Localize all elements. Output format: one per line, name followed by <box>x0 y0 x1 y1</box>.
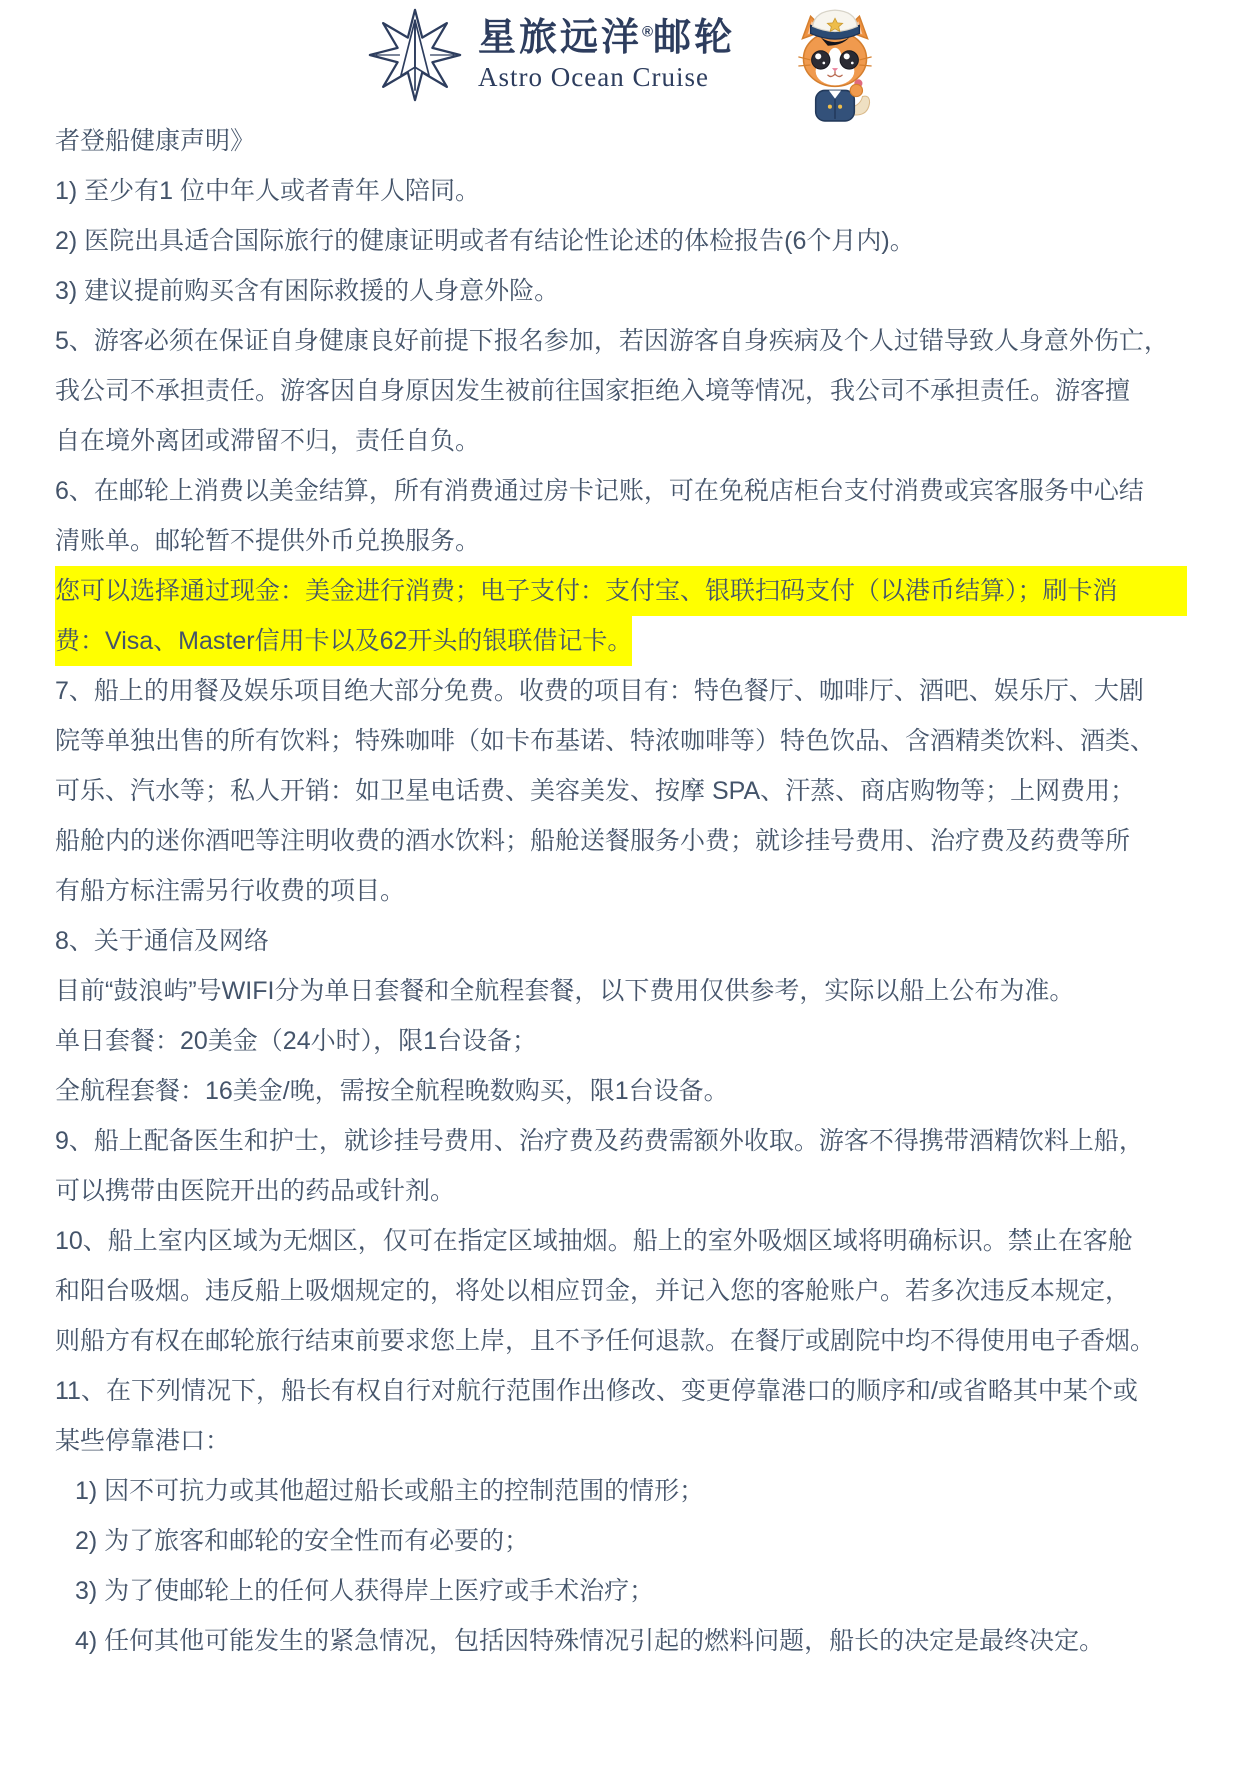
document-body: 者登船健康声明》1) 至少有1 位中年人或者青年人陪同。2) 医院出具适合国际旅… <box>55 116 1187 1666</box>
line-text: 4) 任何其他可能发生的紧急情况，包括因特殊情况引起的燃料问题，船长的决定是最终… <box>75 1627 1104 1655</box>
highlighted-text-line: 费：Visa、Master信用卡以及62开头的银联借记卡。 <box>55 616 1187 666</box>
text-line: 2) 为了旅客和邮轮的安全性而有必要的； <box>55 1516 1187 1566</box>
line-text: 可以携带由医院开出的药品或针剂。 <box>55 1177 455 1205</box>
text-line: 有船方标注需另行收费的项目。 <box>55 866 1187 916</box>
text-line: 可以携带由医院开出的药品或针剂。 <box>55 1166 1187 1216</box>
line-text: 5、游客必须在保证自身健康良好前提下报名参加，若因游客自身疾病及个人过错导致人身… <box>55 327 1169 355</box>
text-line: 3) 为了使邮轮上的任何人获得岸上医疗或手术治疗； <box>55 1566 1187 1616</box>
text-line: 9、船上配备医生和护士，就诊挂号费用、治疗费及药费需额外收取。游客不得携带酒精饮… <box>55 1116 1187 1166</box>
line-text: 和阳台吸烟。违反船上吸烟规定的，将处以相应罚金，并记入您的客舱账户。若多次违反本… <box>55 1277 1130 1305</box>
line-text: 我公司不承担责任。游客因自身原因发生被前往国家拒绝入境等情况，我公司不承担责任。… <box>55 377 1130 405</box>
brand-logo: 星旅远洋®邮轮 Astro Ocean Cruise <box>368 6 735 104</box>
text-line: 5、游客必须在保证自身健康良好前提下报名参加，若因游客自身疾病及个人过错导致人身… <box>55 316 1187 366</box>
line-text: 7、船上的用餐及娱乐项目绝大部分免费。收费的项目有：特色餐厅、咖啡厅、酒吧、娱乐… <box>55 677 1144 705</box>
line-text: 者登船健康声明》 <box>55 127 255 155</box>
line-text: 目前“鼓浪屿”号WIFI分为单日套餐和全航程套餐，以下费用仅供参考，实际以船上公… <box>55 977 1074 1005</box>
logo-chinese-name: 星旅远洋®邮轮 <box>478 17 735 61</box>
logo-english-name: Astro Ocean Cruise <box>478 62 735 93</box>
text-line: 院等单独出售的所有饮料；特殊咖啡（如卡布基诺、特浓咖啡等）特色饮品、含酒精类饮料… <box>55 716 1187 766</box>
line-text: 有船方标注需另行收费的项目。 <box>55 877 405 905</box>
text-line: 可乐、汽水等；私人开销：如卫星电话费、美容美发、按摩 SPA、汗蒸、商店购物等；… <box>55 766 1187 816</box>
line-text: 清账单。邮轮暂不提供外币兑换服务。 <box>55 527 480 555</box>
line-text: 某些停靠港口： <box>55 1427 230 1455</box>
text-line: 清账单。邮轮暂不提供外币兑换服务。 <box>55 516 1187 566</box>
text-line: 目前“鼓浪屿”号WIFI分为单日套餐和全航程套餐，以下费用仅供参考，实际以船上公… <box>55 966 1187 1016</box>
text-line: 单日套餐：20美金（24小时），限1台设备； <box>55 1016 1187 1066</box>
line-text: 6、在邮轮上消费以美金结算，所有消费通过房卡记账，可在免税店柜台支付消费或宾客服… <box>55 477 1144 505</box>
text-line: 自在境外离团或滞留不归，责任自负。 <box>55 416 1187 466</box>
line-text: 船舱内的迷你酒吧等注明收费的酒水饮料；船舱送餐服务小费；就诊挂号费用、治疗费及药… <box>55 827 1130 855</box>
line-text: 单日套餐：20美金（24小时），限1台设备； <box>55 1027 537 1055</box>
line-text: 9、船上配备医生和护士，就诊挂号费用、治疗费及药费需额外收取。游客不得携带酒精饮… <box>55 1127 1144 1155</box>
highlighted-text: 您可以选择通过现金：美金进行消费；电子支付：支付宝、银联扫码支付（以港币结算）；… <box>55 566 1187 616</box>
text-line: 7、船上的用餐及娱乐项目绝大部分免费。收费的项目有：特色餐厅、咖啡厅、酒吧、娱乐… <box>55 666 1187 716</box>
line-text: 3) 建议提前购买含有困际救援的人身意外险。 <box>55 277 559 305</box>
text-line: 者登船健康声明》 <box>55 116 1187 166</box>
text-line: 11、在下列情况下，船长有权自行对航行范围作出修改、变更停靠港口的顺序和/或省略… <box>55 1366 1187 1416</box>
text-line: 和阳台吸烟。违反船上吸烟规定的，将处以相应罚金，并记入您的客舱账户。若多次违反本… <box>55 1266 1187 1316</box>
line-text: 自在境外离团或滞留不归，责任自负。 <box>55 427 480 455</box>
text-line: 6、在邮轮上消费以美金结算，所有消费通过房卡记账，可在免税店柜台支付消费或宾客服… <box>55 466 1187 516</box>
text-line: 1) 至少有1 位中年人或者青年人陪同。 <box>55 166 1187 216</box>
text-line: 10、船上室内区域为无烟区，仅可在指定区域抽烟。船上的室外吸烟区域将明确标识。禁… <box>55 1216 1187 1266</box>
registered-mark: ® <box>642 23 653 40</box>
line-text: 2) 为了旅客和邮轮的安全性而有必要的； <box>75 1527 529 1555</box>
text-line: 2) 医院出具适合国际旅行的健康证明或者有结论性论述的体检报告(6个月内)。 <box>55 216 1187 266</box>
highlighted-text: 费：Visa、Master信用卡以及62开头的银联借记卡。 <box>55 616 632 666</box>
header: 星旅远洋®邮轮 Astro Ocean Cruise <box>0 0 1236 125</box>
line-text: 院等单独出售的所有饮料；特殊咖啡（如卡布基诺、特浓咖啡等）特色饮品、含酒精类饮料… <box>55 727 1155 755</box>
text-line: 8、关于通信及网络 <box>55 916 1187 966</box>
text-line: 4) 任何其他可能发生的紧急情况，包括因特殊情况引起的燃料问题，船长的决定是最终… <box>55 1616 1187 1666</box>
line-text: 11、在下列情况下，船长有权自行对航行范围作出修改、变更停靠港口的顺序和/或省略… <box>55 1377 1138 1405</box>
line-text: 3) 为了使邮轮上的任何人获得岸上医疗或手术治疗； <box>75 1577 654 1605</box>
line-text: 2) 医院出具适合国际旅行的健康证明或者有结论性论述的体检报告(6个月内)。 <box>55 227 915 255</box>
line-text: 8、关于通信及网络 <box>55 927 269 955</box>
line-text: 1) 因不可抗力或其他超过船长或船主的控制范围的情形； <box>75 1477 704 1505</box>
line-text: 全航程套餐：16美金/晚，需按全航程晚数购买，限1台设备。 <box>55 1077 729 1105</box>
line-text: 则船方有权在邮轮旅行结束前要求您上岸，且不予任何退款。在餐厅或剧院中均不得使用电… <box>55 1327 1155 1355</box>
text-line: 3) 建议提前购买含有困际救援的人身意外险。 <box>55 266 1187 316</box>
line-text: 可乐、汽水等；私人开销：如卫星电话费、美容美发、按摩 SPA、汗蒸、商店购物等；… <box>55 777 1135 805</box>
text-line: 1) 因不可抗力或其他超过船长或船主的控制范围的情形； <box>55 1466 1187 1516</box>
line-text: 1) 至少有1 位中年人或者青年人陪同。 <box>55 177 480 205</box>
logo-text: 星旅远洋®邮轮 Astro Ocean Cruise <box>478 17 735 94</box>
text-line: 则船方有权在邮轮旅行结束前要求您上岸，且不予任何退款。在餐厅或剧院中均不得使用电… <box>55 1316 1187 1366</box>
text-line: 船舱内的迷你酒吧等注明收费的酒水饮料；船舱送餐服务小费；就诊挂号费用、治疗费及药… <box>55 816 1187 866</box>
line-text: 10、船上室内区域为无烟区，仅可在指定区域抽烟。船上的室外吸烟区域将明确标识。禁… <box>55 1227 1133 1255</box>
text-line: 我公司不承担责任。游客因自身原因发生被前往国家拒绝入境等情况，我公司不承担责任。… <box>55 366 1187 416</box>
text-line: 全航程套餐：16美金/晚，需按全航程晚数购买，限1台设备。 <box>55 1066 1187 1116</box>
star-compass-logo-icon <box>368 6 462 104</box>
captain-cat-mascot-icon <box>784 4 886 124</box>
text-line: 某些停靠港口： <box>55 1416 1187 1466</box>
highlighted-text-line: 您可以选择通过现金：美金进行消费；电子支付：支付宝、银联扫码支付（以港币结算）；… <box>55 566 1187 616</box>
